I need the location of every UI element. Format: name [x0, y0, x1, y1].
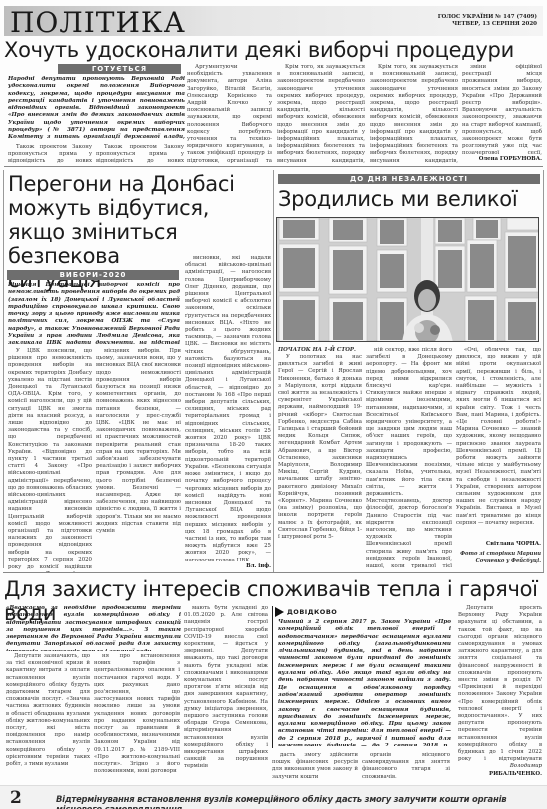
masthead: ПОЛІТИКА ГОЛОС УКРАЇНИ № 147 (7409) ЧЕТВ…	[4, 6, 543, 36]
article3-photo-credit: Фото зі сторінки Марини Сочневко у Фейсб…	[456, 551, 541, 565]
article3-photo	[276, 217, 539, 342]
article3-continued: ПОЧАТОК НА 1-Й СТОР.	[278, 347, 356, 353]
article1-signature: Олена ГОРБУНОВА.	[462, 156, 542, 162]
article4-col5: Депутати просять Верховну Раду України в…	[458, 605, 542, 761]
info-box: ДОВІДКОВО Чинний з 2 серпня 2017 р. Зако…	[272, 606, 452, 748]
frame-left	[3, 170, 4, 568]
article4-col1: Депутати зазначають, що за тієї економіч…	[6, 653, 90, 781]
article2-col2: місцевих виборів. При цьому, зазначили в…	[96, 348, 181, 572]
divider	[3, 572, 544, 573]
article2-rubric: ВИБОРИ-2020	[7, 270, 179, 280]
info-box-text: Чинний з 2 серпня 2017 р. Закон України …	[278, 619, 451, 746]
article4-col4a: дасть змогу здійснити пошук фінансових р…	[272, 752, 358, 782]
column-divider	[273, 170, 274, 572]
article4-signature-last: РИБАЛЬЧЕНКО.	[458, 771, 542, 777]
article4-signature-first: Володимир	[458, 763, 542, 769]
article3-col2: ній сектор, вже після його загибелі в До…	[366, 347, 452, 568]
article4-col3: мають бути укладені до 01.05.2020 р. Але…	[184, 605, 268, 781]
article3-col1: У полотнах на нас дивляться загиблі й жи…	[278, 354, 362, 568]
article1-col2: Аргументуючи необхідність ухвалення доку…	[187, 64, 272, 164]
article1-col3: Крім того, як зауважується в пояснювальн…	[277, 64, 365, 164]
info-box-title: ДОВІДКОВО	[287, 608, 337, 616]
issue-info: ГОЛОС УКРАЇНИ № 147 (7409) ЧЕТВЕР, 13 СЕ…	[438, 14, 537, 28]
article3-rubric: ДО ДНЯ НЕЗАЛЕЖНОСТІ	[278, 174, 540, 184]
article4-col2: ня про встановлення нових тарифів з цент…	[94, 653, 180, 781]
issue-number: ГОЛОС УКРАЇНИ № 147 (7409)	[438, 14, 537, 21]
page-footer: 2 Відтермінування встановлення вузлів ко…	[0, 785, 547, 809]
article2-signature: Вл. інф.	[185, 563, 271, 569]
footer-tagline: Відтермінування встановлення вузлів коме…	[56, 794, 547, 809]
section-title: ПОЛІТИКА	[10, 6, 186, 39]
article1-col1: Також проектом Закону пропонується пряма…	[8, 144, 92, 164]
article3-col3: «Очі, обличчя так, що дивлюся, що вижив …	[456, 347, 541, 537]
portrait-exhibition-photo	[277, 218, 539, 342]
article1-col4: Крім того, як зауважується в пояснювальн…	[370, 64, 458, 164]
article1-lead: Народні депутати пропонують Верховній Ра…	[8, 76, 185, 140]
page-number: 2	[10, 788, 22, 808]
article2-col3: висновки, які надали обласні військово-ц…	[185, 255, 271, 561]
article3-signature: Світлана ЧОРНА.	[456, 541, 541, 547]
newspaper-page: ПОЛІТИКА ГОЛОС УКРАЇНИ № 147 (7409) ЧЕТВ…	[0, 0, 547, 809]
article1-col5: зміни офіційної реєстрації місця прожива…	[462, 64, 542, 156]
article2-col1: У ЦВК пояснили, що рішення про неможливі…	[8, 348, 92, 572]
article2-lead: Рішення Центральної виборчої комісії про…	[8, 282, 180, 344]
divider	[4, 166, 543, 167]
article4-col4b: органів місцевого самоврядування для зня…	[362, 752, 450, 782]
article1-headline: Хочуть удосконалити деякі виборчі процед…	[4, 38, 514, 62]
article1-col1b: Також проектом Закону пропонується пряма…	[96, 144, 184, 164]
article4-lead: «Вважаємо за необхідне продовжити термін…	[6, 605, 181, 651]
triangle-marker-icon	[275, 607, 284, 617]
issue-date: ЧЕТВЕР, 13 СЕРПНЯ 2020	[438, 21, 537, 28]
article1-rubric: ГОТУЄТЬСЯ ЗАКОНОПРОЕКТ	[58, 64, 181, 74]
frame-right	[543, 170, 544, 572]
